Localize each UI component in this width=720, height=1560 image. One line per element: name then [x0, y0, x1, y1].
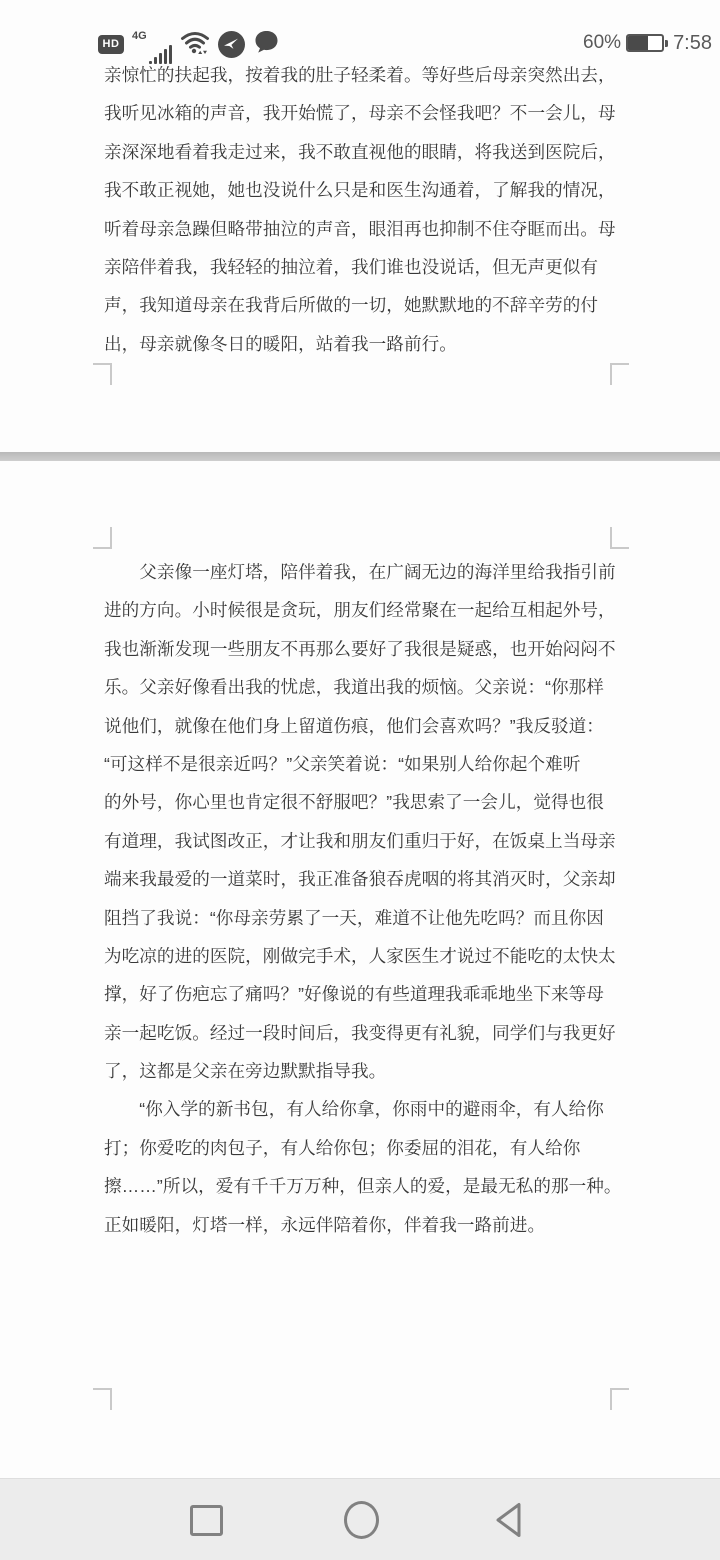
- hd-volte-icon: HD: [98, 35, 124, 54]
- text-line: 了，这都是父亲在旁边默默指导我。: [104, 1052, 620, 1090]
- text-line: 擦……”所以，爱有千千万万种，但亲人的爱，是最无私的那一种。: [104, 1167, 620, 1205]
- home-button[interactable]: [321, 1479, 401, 1560]
- page-corner-mark: [93, 527, 112, 549]
- page1-paragraph: 亲惊忙的扶起我，按着我的肚子轻柔着。等好些后母亲突然出去，我听见冰箱的声音，我开…: [104, 56, 620, 363]
- back-button[interactable]: [471, 1479, 551, 1560]
- text-line: 出，母亲就像冬日的暖阳，站着我一路前行。: [104, 325, 620, 363]
- text-line: 亲一起吃饭。经过一段时间后，我变得更有礼貌，同学们与我更好: [104, 1014, 620, 1052]
- text-line: 我也渐渐发现一些朋友不再那么要好了我很是疑惑，也开始闷闷不: [104, 630, 620, 668]
- text-line: “可这样不是很亲近吗？”父亲笑着说：“如果别人给你起个难听: [104, 745, 620, 783]
- recents-button[interactable]: [166, 1479, 246, 1560]
- phone-screen: 亲惊忙的扶起我，按着我的肚子轻柔着。等好些后母亲突然出去，我听见冰箱的声音，我开…: [0, 0, 720, 1560]
- network-type-label: 4G: [132, 31, 147, 42]
- page-corner-mark: [610, 363, 629, 385]
- page2-paragraphs: 父亲像一座灯塔，陪伴着我，在广阔无边的海洋里给我指引前进的方向。小时候很是贪玩，…: [104, 553, 620, 1244]
- text-line: 说他们，就像在他们身上留道伤痕，他们会喜欢吗？”我反驳道：: [104, 707, 620, 745]
- document-page-2: 父亲像一座灯塔，陪伴着我，在广阔无边的海洋里给我指引前进的方向。小时候很是贪玩，…: [0, 461, 720, 1478]
- text-line: “你入学的新书包，有人给你拿，你雨中的避雨伞，有人给你: [104, 1090, 620, 1128]
- text-line: 撑，好了伤疤忘了痛吗？”好像说的有些道理我乖乖地坐下来等母: [104, 975, 620, 1013]
- status-bar-left: HD 4G: [98, 28, 279, 60]
- text-line: 声，我知道母亲在我背后所做的一切，她默默地的不辞辛劳的付: [104, 286, 620, 324]
- text-line: 的外号，你心里也肯定很不舒服吧？”我思索了一会儿，觉得也很: [104, 783, 620, 821]
- status-bar: HD 4G: [0, 0, 720, 64]
- text-line: 阻挡了我说：“你母亲劳累了一天，难道不让他先吃吗？而且你因: [104, 899, 620, 937]
- document-page-1: 亲惊忙的扶起我，按着我的肚子轻柔着。等好些后母亲突然出去，我听见冰箱的声音，我开…: [0, 0, 720, 452]
- cellular-signal-icon: 4G: [132, 31, 172, 57]
- navigation-bar: [0, 1478, 720, 1560]
- chat-bubble-icon: [253, 29, 279, 59]
- text-line: 正如暖阳，灯塔一样，永远伴陪着你，伴着我一路前进。: [104, 1206, 620, 1244]
- text-line: 有道理，我试图改正，才让我和朋友们重归于好，在饭桌上当母亲: [104, 822, 620, 860]
- text-line: 我不敢正视她，她也没说什么只是和医生沟通着，了解我的情况，: [104, 171, 620, 209]
- clock-label: 7:58: [673, 32, 712, 55]
- text-line: 打；你爱吃的肉包子，有人给你包；你委屈的泪花，有人给你: [104, 1129, 620, 1167]
- text-line: 乐。父亲好像看出我的忧虑，我道出我的烦恼。父亲说：“你那样: [104, 668, 620, 706]
- text-line: 我听见冰箱的声音，我开始慌了，母亲不会怪我吧？不一会儿，母: [104, 94, 620, 132]
- page-corner-mark: [93, 1388, 112, 1410]
- text-line: 听着母亲急躁但略带抽泣的声音，眼泪再也抑制不住夺眶而出。母: [104, 210, 620, 248]
- page-corner-mark: [93, 363, 112, 385]
- page-corner-mark: [610, 1388, 629, 1410]
- status-bar-right: 60% 7:58: [583, 26, 712, 60]
- text-line: 父亲像一座灯塔，陪伴着我，在广阔无边的海洋里给我指引前: [104, 553, 620, 591]
- battery-percent-label: 60%: [583, 32, 621, 54]
- battery-icon: [626, 34, 668, 52]
- home-circle-icon: [344, 1501, 379, 1539]
- page-gap-divider: [0, 452, 720, 461]
- back-triangle-icon: [491, 1500, 531, 1540]
- text-line: 为吃凉的进的医院，刚做完手术，人家医生才说过不能吃的太快太: [104, 937, 620, 975]
- text-line: 进的方向。小时候很是贪玩，朋友们经常聚在一起给互相起外号，: [104, 591, 620, 629]
- signal-bars-icon: [149, 31, 172, 64]
- text-line: 亲深深地看着我走过来，我不敢直视他的眼睛，将我送到医院后，: [104, 133, 620, 171]
- text-line: 端来我最爱的一道菜时，我正准备狼吞虎咽的将其消灭时，父亲却: [104, 860, 620, 898]
- wifi-icon: [180, 28, 210, 60]
- document-scroll-area[interactable]: 亲惊忙的扶起我，按着我的肚子轻柔着。等好些后母亲突然出去，我听见冰箱的声音，我开…: [0, 0, 720, 1478]
- messenger-app-icon: [218, 31, 245, 58]
- page-corner-mark: [610, 527, 629, 549]
- text-line: 亲陪伴着我，我轻轻的抽泣着，我们谁也没说话，但无声更似有: [104, 248, 620, 286]
- recents-square-icon: [190, 1505, 223, 1536]
